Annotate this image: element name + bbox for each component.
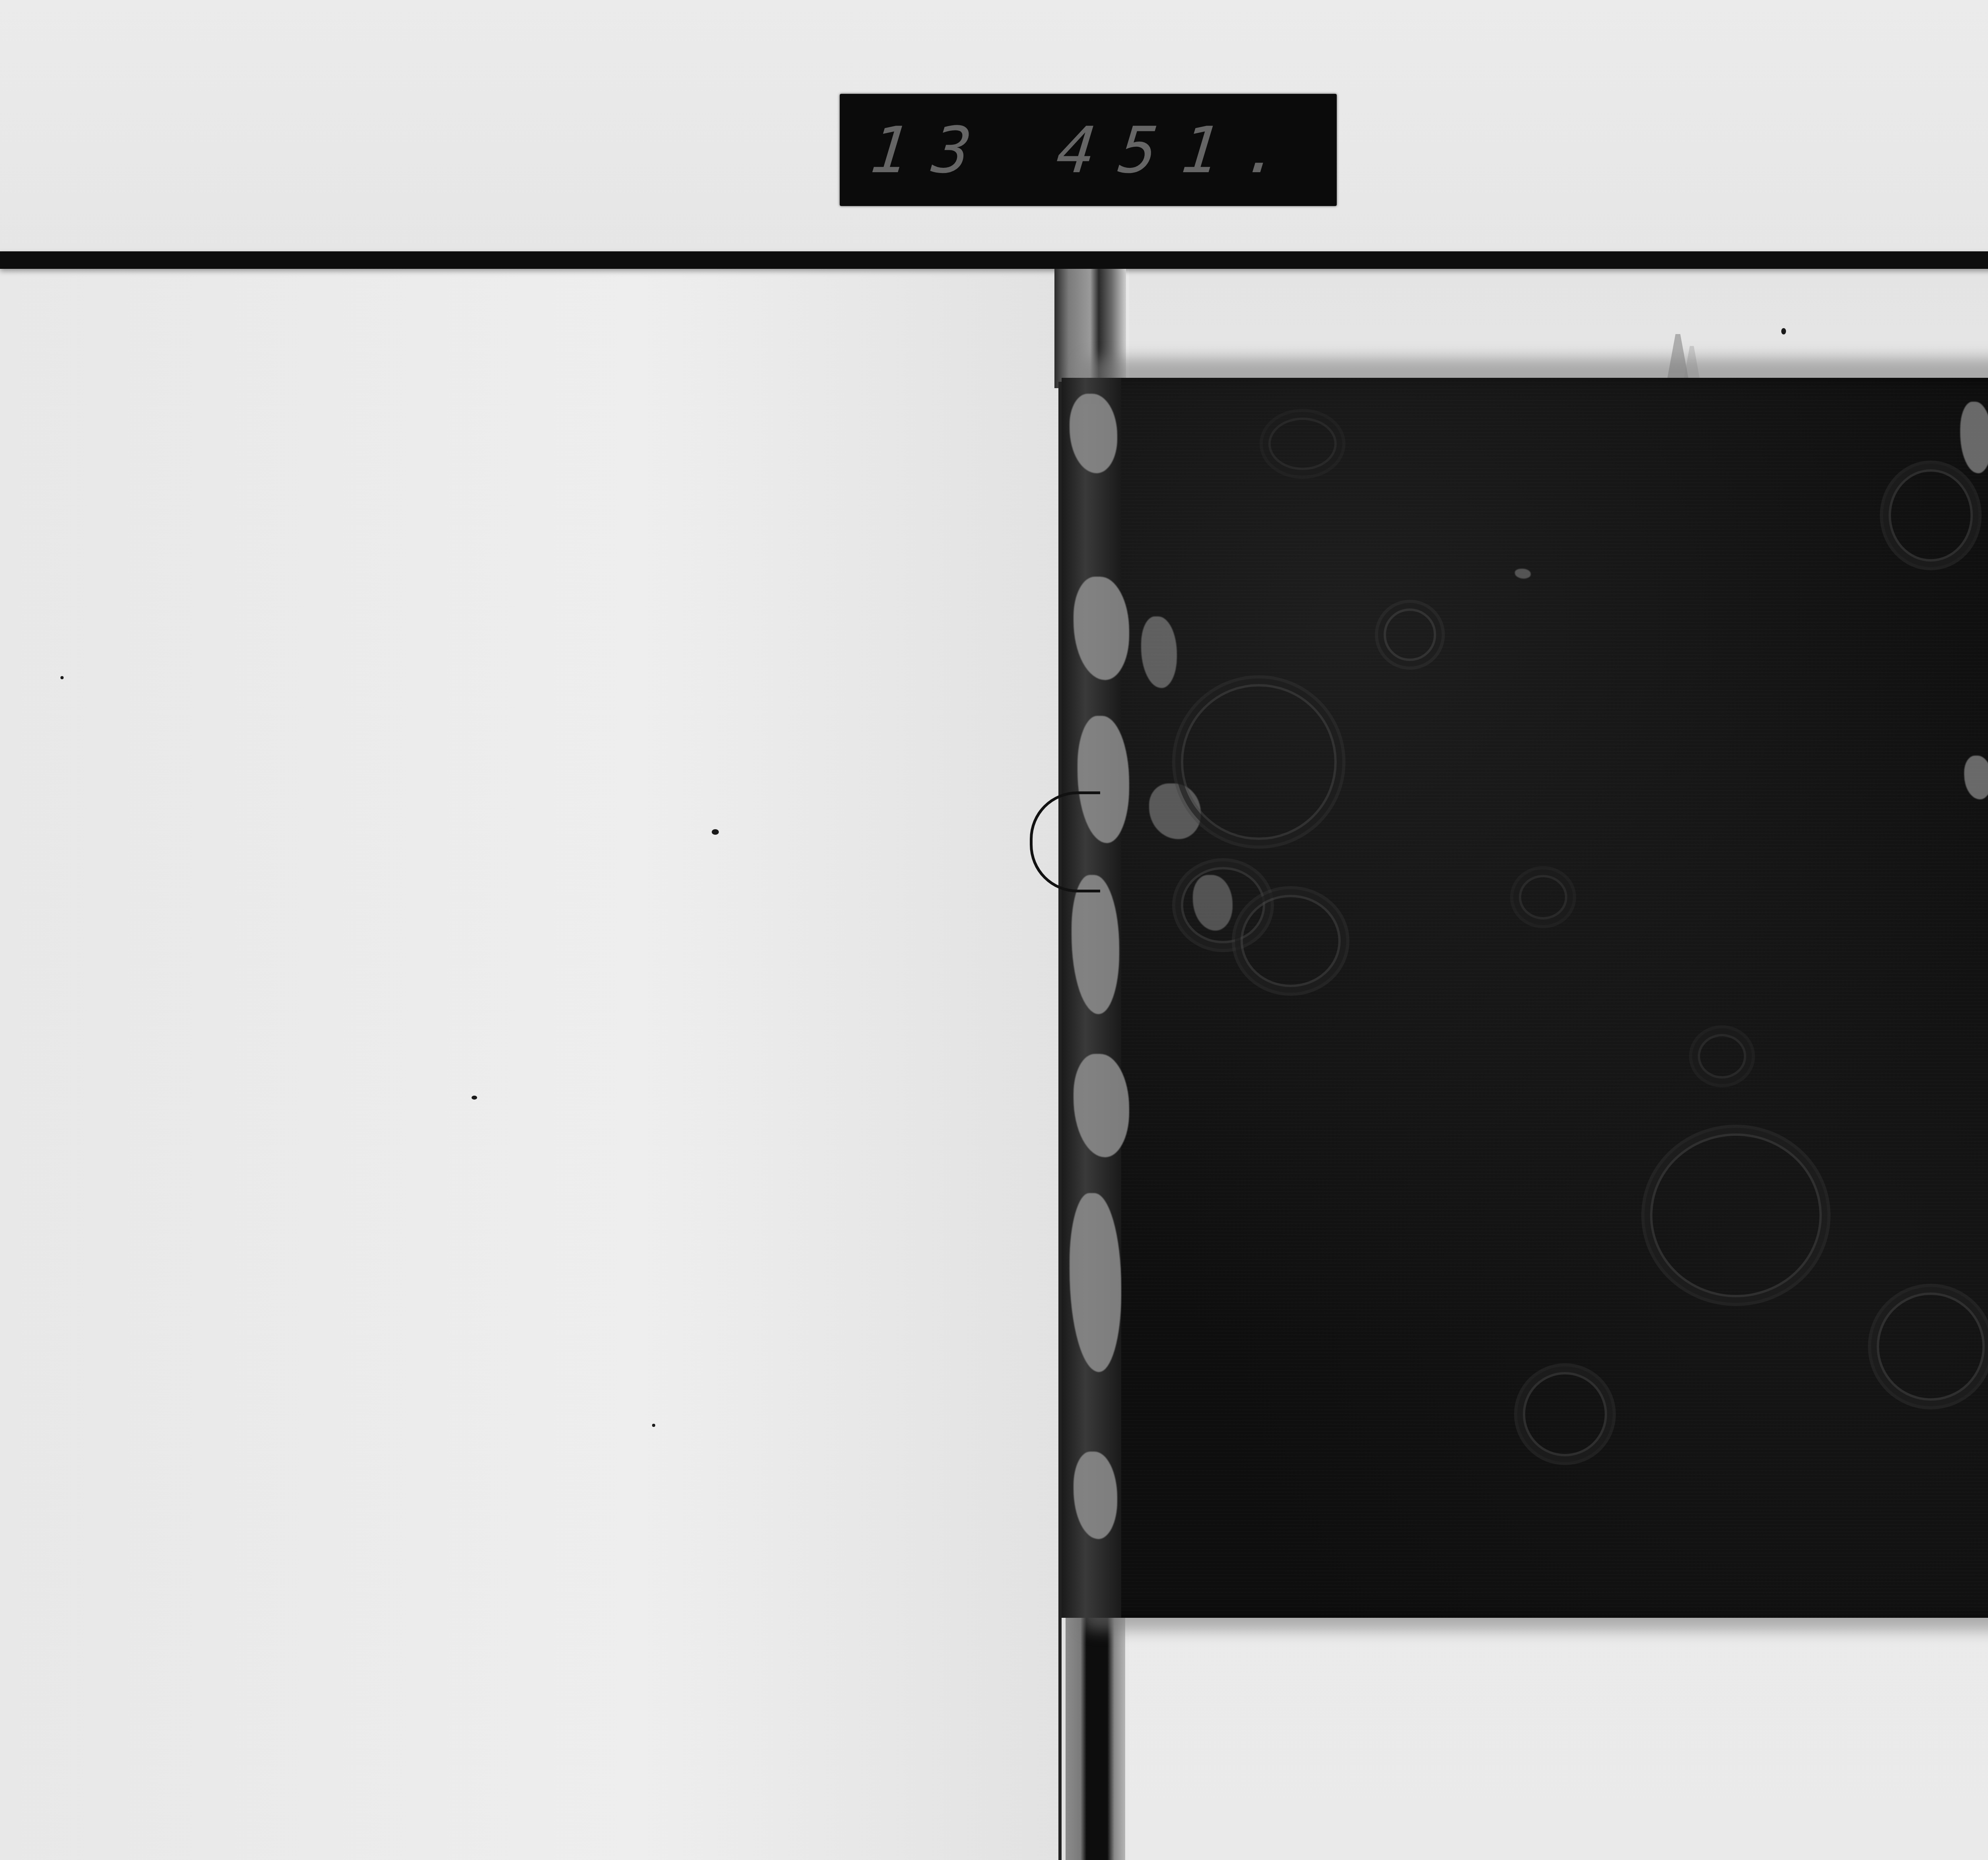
spine-lower-section [1066,1615,1125,1860]
dust-speck [652,1424,655,1427]
left-blank-page [0,269,1066,1860]
book-cover [1062,378,1988,1618]
dust-speck [1781,328,1786,334]
water-stain-ring [1384,608,1436,661]
dust-speck [712,829,719,835]
water-stain-ring [1181,684,1337,840]
water-stain-ring [1519,875,1567,919]
dust-speck [60,676,64,679]
catalog-number-label: 13 451. [840,94,1337,206]
dust-speck [472,1096,477,1100]
water-stain-ring [1877,1292,1985,1401]
water-stain-ring [1650,1133,1822,1297]
water-stain-ring [1889,469,1973,562]
catalog-number-text: 13 451. [867,113,1310,187]
water-stain-ring [1241,895,1341,987]
water-stain-ring [1698,1034,1746,1079]
cover-texture [1062,378,1988,1618]
spine-edge-line [1058,382,1062,1860]
horizontal-black-rule [0,251,1988,269]
water-stain-ring [1523,1372,1607,1456]
water-stain-ring [1268,418,1337,470]
